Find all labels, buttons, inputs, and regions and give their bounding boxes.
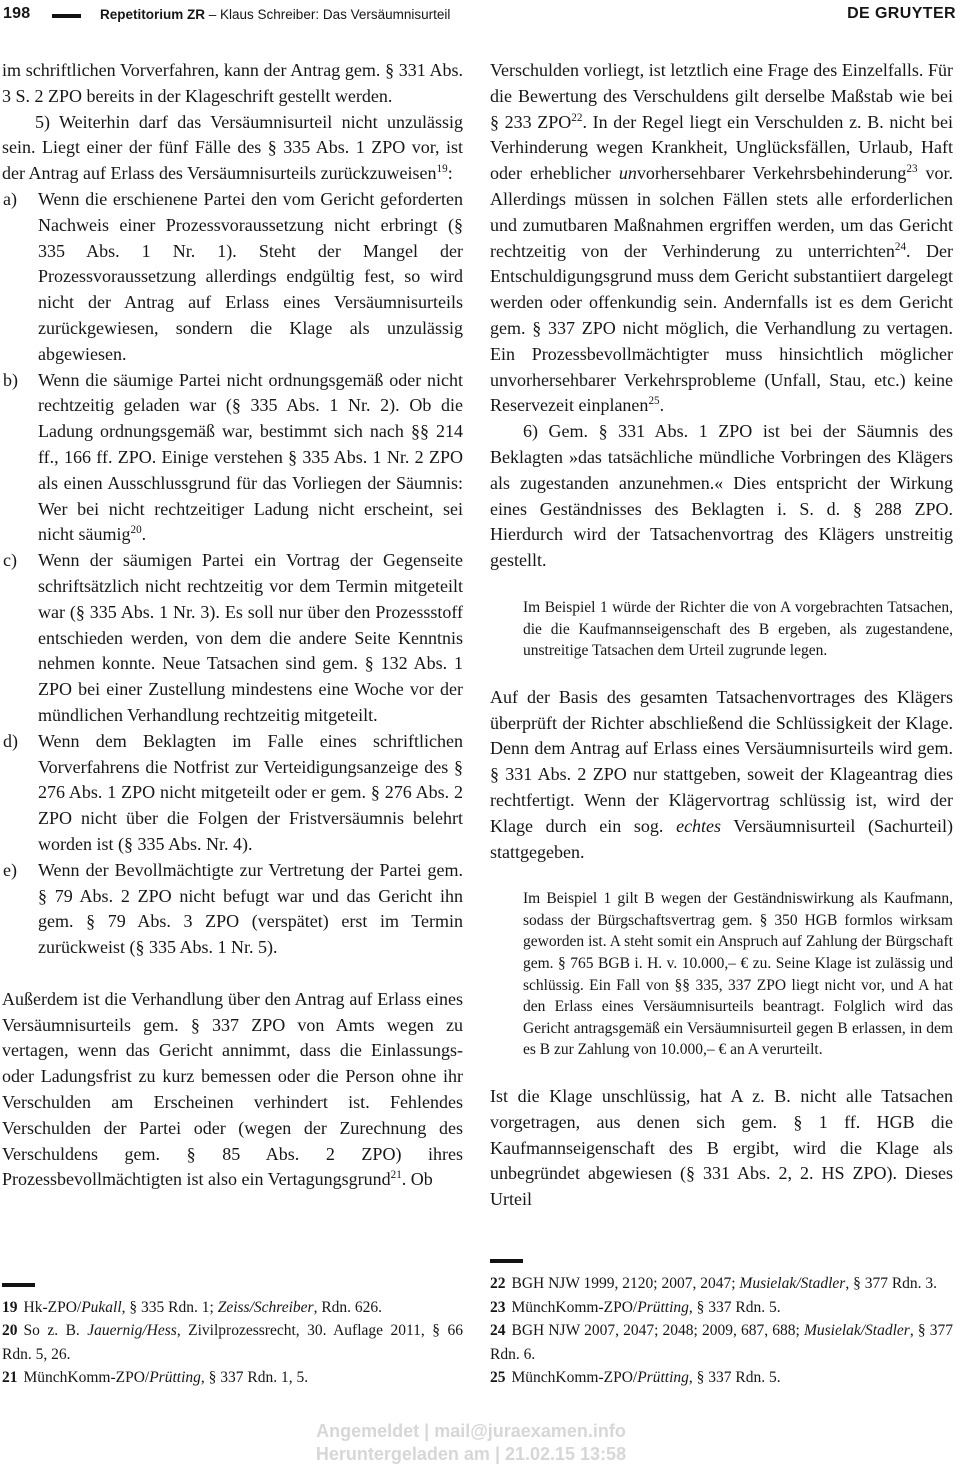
running-title: Repetitorium ZR – Klaus Schreiber: Das V… <box>100 7 450 22</box>
footnote-number: 21 <box>2 1369 24 1386</box>
footnote-number: 22 <box>490 1275 512 1292</box>
footnote-number: 24 <box>490 1322 512 1339</box>
footnote-23: 23MünchKomm-ZPO/Prütting, § 337 Rdn. 5. <box>490 1296 953 1320</box>
download-watermark: Angemeldet | mail@juraexamen.info Herunt… <box>0 1420 942 1466</box>
watermark-line-1: Angemeldet | mail@juraexamen.info <box>0 1420 942 1443</box>
paragraph: Ist die Klage unschlüssig, hat A z. B. n… <box>490 1084 953 1213</box>
footnote-text: Hk-ZPO/Pukall, § 335 Rdn. 1; Zeiss/Schre… <box>24 1299 383 1316</box>
footnote-number: 19 <box>2 1299 24 1316</box>
list-marker: a) <box>3 187 17 213</box>
example-block-2: Im Beispiel 1 gilt B wegen der Geständni… <box>490 888 953 1061</box>
footnote-text: MünchKomm-ZPO/Prütting, § 337 Rdn. 5. <box>512 1299 781 1316</box>
right-column-text: Verschulden vorliegt, ist letztlich eine… <box>490 58 953 1213</box>
page-number: 198 <box>3 5 30 23</box>
paragraph: Außerdem ist die Verhandlung über den An… <box>2 987 463 1193</box>
footnote-number: 20 <box>2 1322 24 1339</box>
footnote-rule <box>490 1259 523 1263</box>
footnote-19: 19Hk-ZPO/Pukall, § 335 Rdn. 1; Zeiss/Sch… <box>2 1296 463 1320</box>
header-dash-rule <box>52 14 81 18</box>
footnotes-right: 22BGH NJW 1999, 2120; 2007, 2047; Musiel… <box>490 1259 953 1390</box>
footnote-number: 25 <box>490 1369 512 1386</box>
list-item-text: Wenn die erschienene Partei den vom Geri… <box>38 187 463 368</box>
page-header: 198 Repetitorium ZR – Klaus Schreiber: D… <box>0 5 960 27</box>
right-column: Verschulden vorliegt, ist letztlich eine… <box>490 58 953 1390</box>
footnote-24: 24BGH NJW 2007, 2047; 2048; 2009, 687, 6… <box>490 1319 953 1366</box>
left-column-text: im schriftlichen Vorverfahren, kann der … <box>2 58 463 1193</box>
list-item-c: c) Wenn der säumigen Partei ein Vortrag … <box>2 548 463 729</box>
footnote-22: 22BGH NJW 1999, 2120; 2007, 2047; Musiel… <box>490 1272 953 1296</box>
footnote-text: MünchKomm-ZPO/Prütting, § 337 Rdn. 5. <box>512 1369 781 1386</box>
list-item-text: Wenn die säumige Partei nicht ordnungsge… <box>38 368 463 549</box>
list-item-text: Wenn dem Beklagten im Falle eines schrif… <box>38 729 463 858</box>
list-marker: c) <box>3 548 17 574</box>
footnote-text: So z. B. Jauernig/Hess, Zivilprozessrech… <box>2 1322 463 1363</box>
footnote-text: MünchKomm-ZPO/Prütting, § 337 Rdn. 1, 5. <box>24 1369 309 1386</box>
text-body: im schriftlichen Vorverfahren, kann der … <box>2 58 958 1390</box>
list-item-b: b) Wenn die säumige Partei nicht ordnung… <box>2 368 463 549</box>
book-page: 198 Repetitorium ZR – Klaus Schreiber: D… <box>0 0 960 1474</box>
footnote-text: BGH NJW 2007, 2047; 2048; 2009, 687, 688… <box>490 1322 953 1363</box>
footnote-21: 21MünchKomm-ZPO/Prütting, § 337 Rdn. 1, … <box>2 1366 463 1390</box>
list-item-e: e) Wenn der Bevollmächtigte zur Vertretu… <box>2 858 463 961</box>
list-marker: d) <box>3 729 18 755</box>
list-item-a: a) Wenn die erschienene Partei den vom G… <box>2 187 463 368</box>
footnote-20: 20So z. B. Jauernig/Hess, Zivilprozessre… <box>2 1319 463 1366</box>
paragraph: im schriftlichen Vorverfahren, kann der … <box>2 58 463 110</box>
example-block-1: Im Beispiel 1 würde der Richter die von … <box>490 597 953 662</box>
running-title-rest: – Klaus Schreiber: Das Versäumnisurteil <box>205 7 450 22</box>
paragraph: 6) Gem. § 331 Abs. 1 ZPO ist bei der Säu… <box>490 419 953 574</box>
publisher-wordmark: DE GRUYTER <box>847 5 956 23</box>
list-item-d: d) Wenn dem Beklagten im Falle eines sch… <box>2 729 463 858</box>
list-marker: e) <box>3 858 17 884</box>
footnote-text: BGH NJW 1999, 2120; 2007, 2047; Musielak… <box>512 1275 938 1292</box>
footnote-25: 25MünchKomm-ZPO/Prütting, § 337 Rdn. 5. <box>490 1366 953 1390</box>
running-title-bold: Repetitorium ZR <box>100 7 205 22</box>
list-item-text: Wenn der Bevollmächtigte zur Vertretung … <box>38 858 463 961</box>
list-marker: b) <box>3 368 18 394</box>
paragraph: Auf der Basis des gesamten Tatsachenvort… <box>490 685 953 866</box>
footnote-number: 23 <box>490 1299 512 1316</box>
list-item-text: Wenn der säumigen Partei ein Vortrag der… <box>38 548 463 729</box>
left-column: im schriftlichen Vorverfahren, kann der … <box>2 58 463 1390</box>
watermark-line-2: Heruntergeladen am | 21.02.15 13:58 <box>0 1443 942 1466</box>
footnotes-left: 19Hk-ZPO/Pukall, § 335 Rdn. 1; Zeiss/Sch… <box>2 1283 463 1390</box>
paragraph: Verschulden vorliegt, ist letztlich eine… <box>490 58 953 419</box>
footnote-rule <box>2 1283 35 1287</box>
paragraph: 5) Weiterhin darf das Versäumnisurteil n… <box>2 110 463 187</box>
